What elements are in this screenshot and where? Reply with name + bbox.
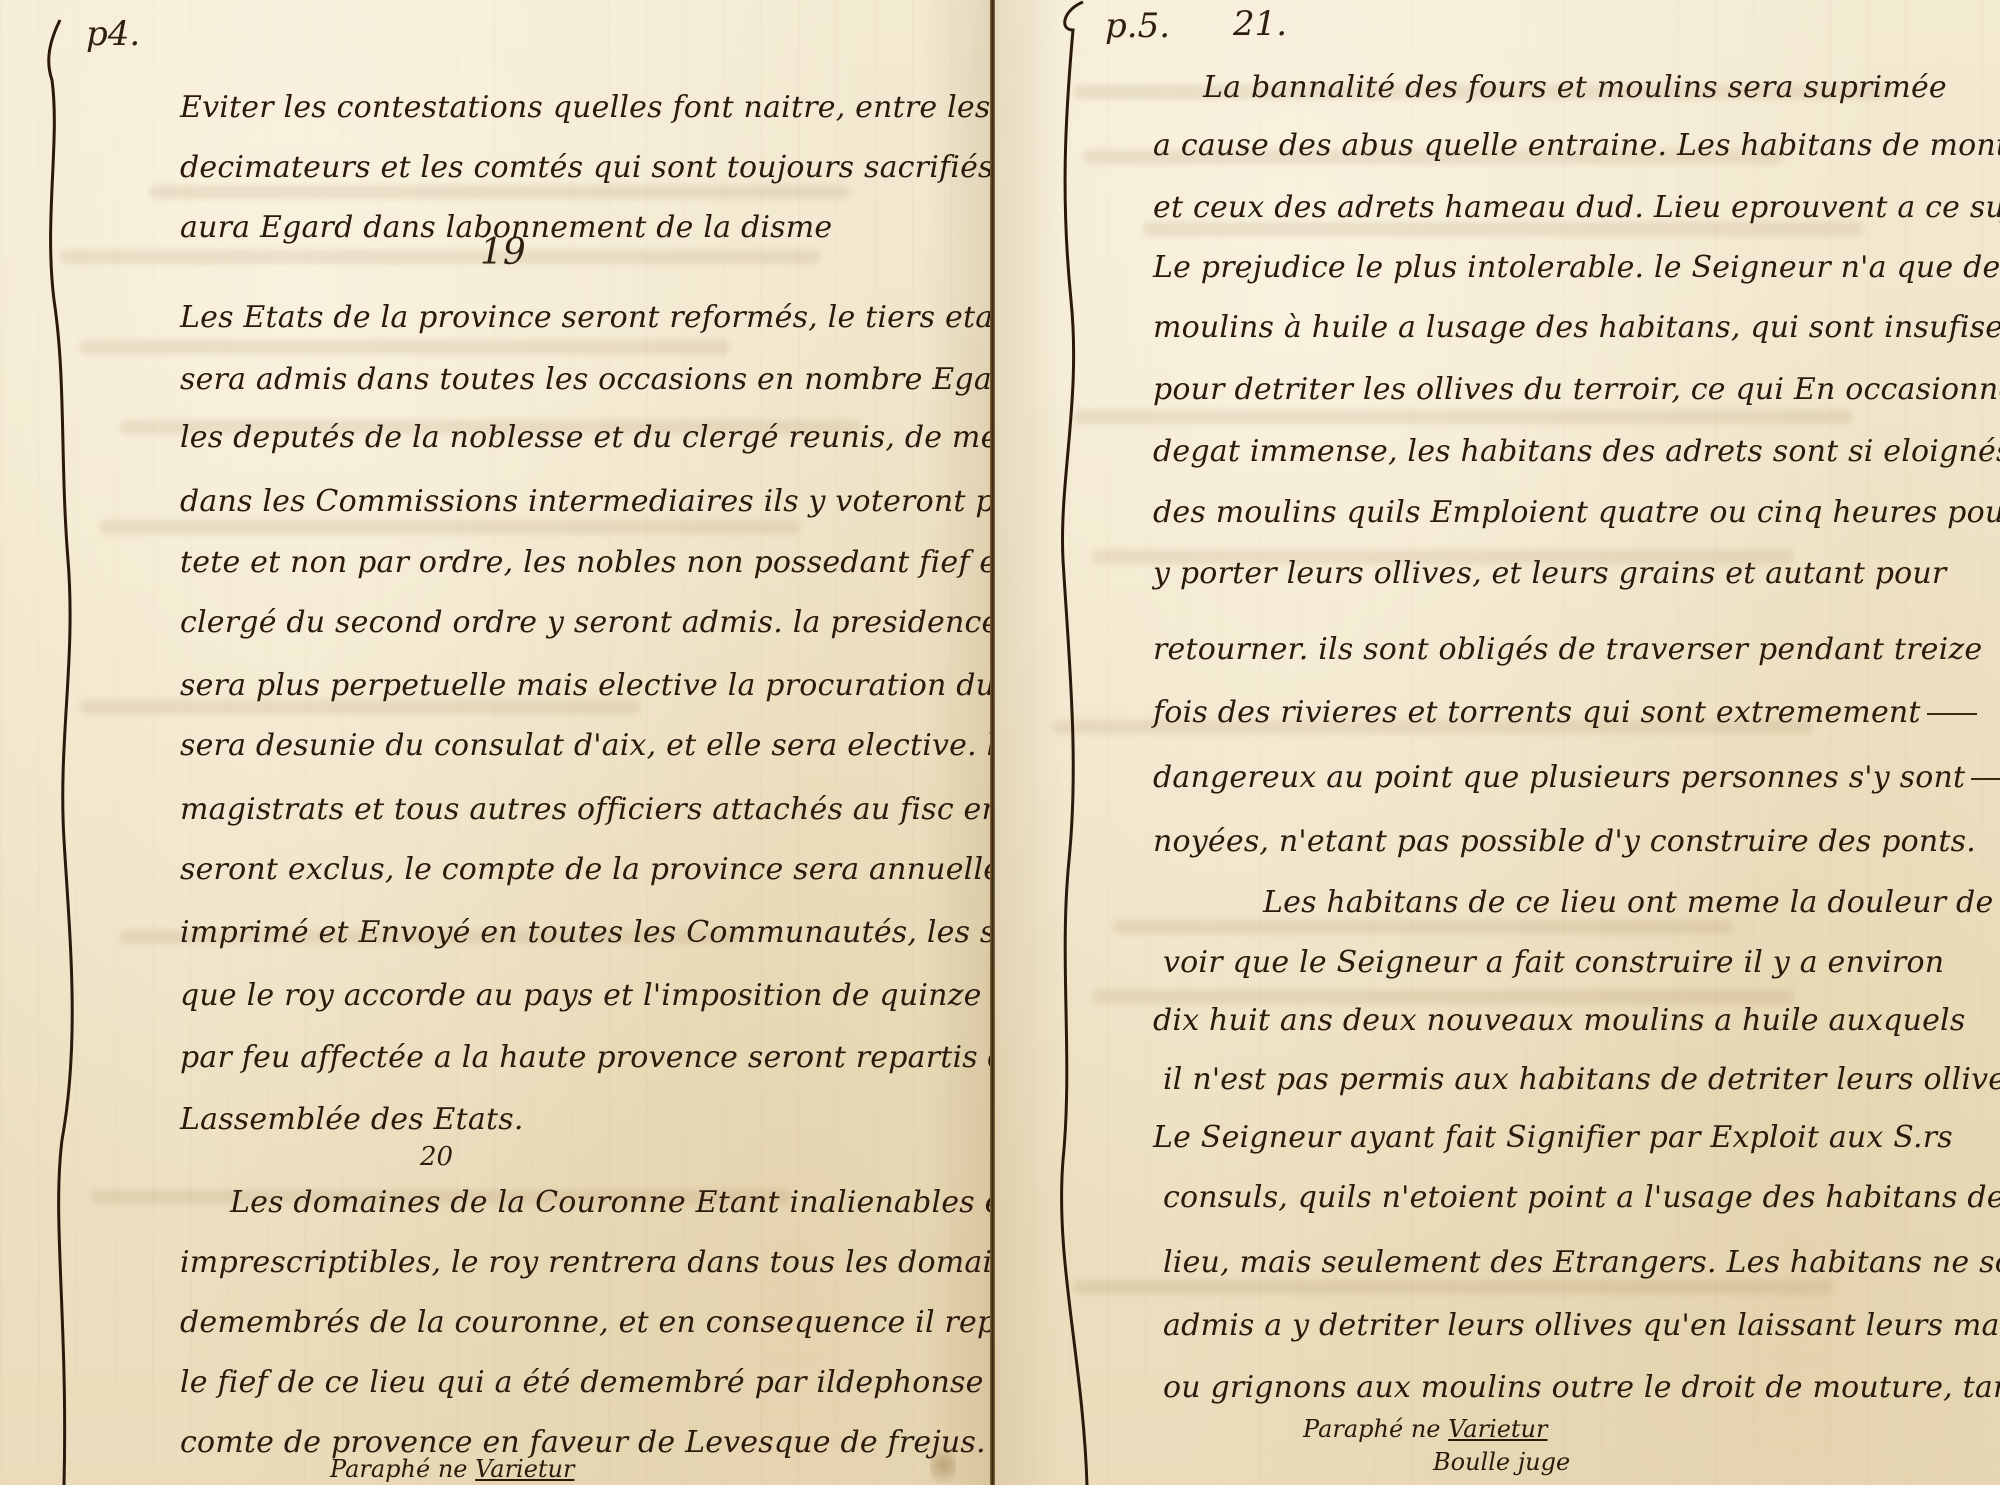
left-page-text: Eviter les contestations quelles font na… (0, 0, 992, 1485)
text-line: consuls, quils n'etoient point a l'usage… (1163, 1180, 2000, 1215)
text-line: decimateurs et les comtés qui sont toujo… (180, 150, 993, 185)
text-line: Le prejudice le plus intolerable. le Sei… (1153, 250, 2000, 285)
text-line: ou grignons aux moulins outre le droit d… (1163, 1370, 2000, 1405)
text-line: pour detriter les ollives du terroir, ce… (1153, 372, 2000, 407)
text-line: moulins à huile a lusage des habitans, q… (1153, 310, 2000, 345)
text-line: lieu, mais seulement des Etrangers. Les … (1163, 1245, 2000, 1280)
text-line: les deputés de la noblesse et du clergé … (180, 420, 993, 455)
text-line: sera plus perpetuelle mais elective la p… (180, 668, 993, 703)
right-page: p.5. 21. La bannalité des fours et mouli… (993, 0, 2000, 1485)
text-line: par feu affectée a la haute provence ser… (180, 1040, 993, 1075)
page-gutter (990, 0, 995, 1485)
text-line: tete et non par ordre, les nobles non po… (180, 545, 993, 580)
text-line: sera admis dans toutes les occasions en … (180, 362, 993, 397)
text-line: fois des rivieres et torrents qui sont e… (1153, 695, 1977, 730)
text-line: admis a y detriter leurs ollives qu'en l… (1163, 1308, 2000, 1343)
text-line: a cause des abus quelle entraine. Les ha… (1153, 128, 2000, 163)
text-line: voir que le Seigneur a fait construire i… (1163, 945, 1944, 980)
text-line: La bannalité des fours et moulins sera s… (1203, 70, 1947, 105)
paraphe-signature: Paraphé ne Varietur (1303, 1415, 1548, 1443)
text-line: que le roy accorde au pays et l'impositi… (180, 978, 993, 1013)
text-line: seront exclus, le compte de la province … (180, 852, 993, 887)
text-line: Le Seigneur ayant fait Signifier par Exp… (1153, 1120, 1953, 1155)
text-line: imprimé et Envoyé en toutes les Communau… (180, 915, 993, 950)
text-line: le fief de ce lieu qui a été demembré pa… (180, 1365, 993, 1400)
text-line: degat immense, les habitans des adrets s… (1153, 434, 2000, 469)
text-line: magistrats et tous autres officiers atta… (180, 792, 993, 827)
signature-prefix: Paraphé ne (330, 1455, 467, 1483)
right-page-text: La bannalité des fours et moulins sera s… (993, 0, 2000, 1485)
article-number: 20 (420, 1142, 453, 1172)
text-line: retourner. ils sont obligés de traverser… (1153, 632, 1982, 667)
judge-signature: Boulle juge (1433, 1448, 1570, 1476)
text-line: clergé du second ordre y seront admis. l… (180, 605, 993, 640)
paraphe-signature: Paraphé ne Varietur (330, 1455, 575, 1483)
text-line: comte de provence en faveur de Levesque … (180, 1425, 986, 1460)
text-line: des moulins quils Emploient quatre ou ci… (1153, 495, 2000, 530)
manuscript-spread: p4. Eviter les contestations quelles fon… (0, 0, 2000, 1485)
text-line: Les habitans de ce lieu ont meme la doul… (1263, 885, 1993, 920)
text-line: imprescriptibles, le roy rentrera dans t… (180, 1245, 993, 1280)
text-line: Lassemblée des Etats. (180, 1102, 524, 1137)
text-line: demembrés de la couronne, et en conseque… (180, 1305, 993, 1340)
article-number: 19 (480, 232, 526, 273)
signature-name: Varietur (475, 1455, 574, 1483)
left-page: p4. Eviter les contestations quelles fon… (0, 0, 993, 1485)
text-line: Les domaines de la Couronne Etant inalie… (230, 1185, 993, 1220)
text-line: dix huit ans deux nouveaux moulins a hui… (1153, 1003, 1965, 1038)
text-line: dangereux au point que plusieurs personn… (1153, 760, 2000, 795)
text-line: sera desunie du consulat d'aix, et elle … (180, 728, 993, 763)
text-line: et ceux des adrets hameau dud. Lieu epro… (1153, 190, 2000, 225)
ink-stain (930, 1440, 956, 1485)
text-line: Les Etats de la province seront reformés… (180, 300, 993, 335)
signature-prefix: Paraphé ne (1303, 1415, 1440, 1443)
text-line: noyées, n'etant pas possible d'y constru… (1153, 824, 1976, 859)
text-line: Eviter les contestations quelles font na… (180, 90, 993, 125)
text-line: dans les Commissions intermediaires ils … (180, 484, 993, 519)
text-line: il n'est pas permis aux habitans de detr… (1163, 1062, 2000, 1097)
signature-name: Varietur (1448, 1415, 1547, 1443)
text-line: y porter leurs ollives, et leurs grains … (1153, 556, 1946, 591)
